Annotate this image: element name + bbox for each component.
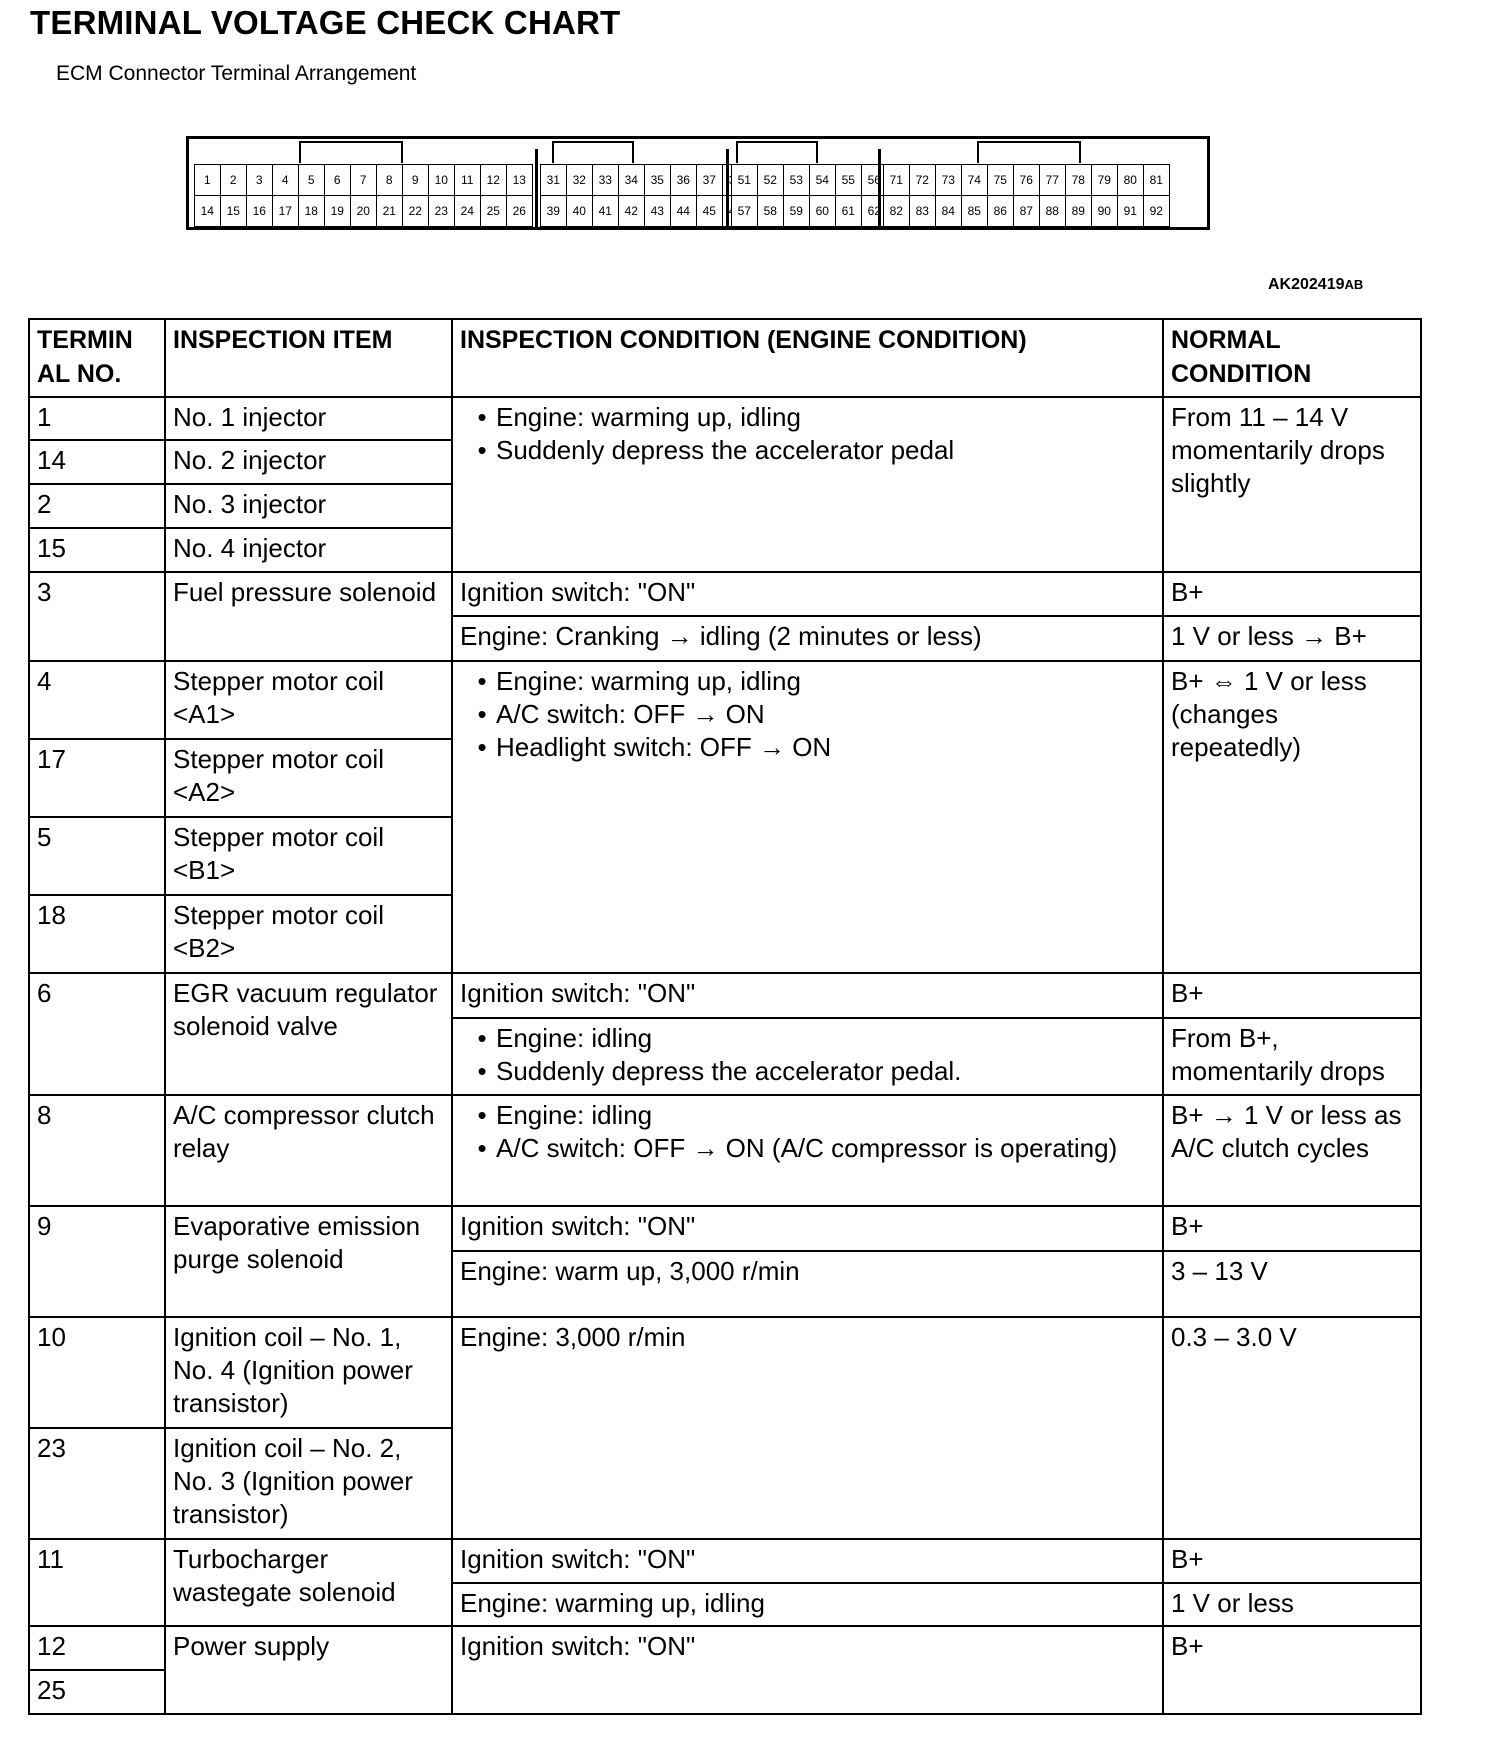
connector-pin: 26 <box>506 195 534 228</box>
connector-pin-row: 575859606162 <box>732 196 888 227</box>
col-header-terminal: TERMIN AL NO. <box>29 319 165 397</box>
normal-cell: B+ <box>1163 1626 1421 1714</box>
connector-pin-group: 515253545556575859606162 <box>732 165 888 227</box>
connector-pin: 32 <box>566 164 594 197</box>
connector-pin: 43 <box>644 195 672 228</box>
connector-key-tab <box>977 141 1081 163</box>
col-header-normal: NORMAL CONDITION <box>1163 319 1421 397</box>
connector-pin: 73 <box>935 164 963 197</box>
connector-pin: 44 <box>670 195 698 228</box>
connector-pin: 71 <box>883 164 911 197</box>
terminal-cell: 17 <box>29 739 165 817</box>
connector-pin: 88 <box>1039 195 1067 228</box>
connector-pin: 91 <box>1117 195 1145 228</box>
col-header-item: INSPECTION ITEM <box>165 319 452 397</box>
terminal-cell: 23 <box>29 1428 165 1539</box>
connector-pin: 37 <box>696 164 724 197</box>
connector-pin: 82 <box>883 195 911 228</box>
normal-cell: B+ <box>1163 973 1421 1018</box>
connector-pin: 90 <box>1091 195 1119 228</box>
connector-pin: 52 <box>757 164 785 197</box>
connector-pin: 42 <box>618 195 646 228</box>
connector-pin: 84 <box>935 195 963 228</box>
table-row: 9 Evaporative emission purge solenoid Ig… <box>29 1206 1421 1251</box>
connector-pin: 41 <box>592 195 620 228</box>
condition-cell: Engine: warming up, idling <box>452 1583 1163 1626</box>
condition-cell: Engine: warm up, 3,000 r/min <box>452 1251 1163 1317</box>
connector-pin: 10 <box>428 164 456 197</box>
figure-code: AK202419AB <box>1268 276 1363 294</box>
connector-pin-row: 3940414243444546 <box>541 196 749 227</box>
item-cell: Stepper motor coil <B1> <box>165 817 452 895</box>
condition-cell: Ignition switch: "ON" <box>452 973 1163 1018</box>
condition-cell: Ignition switch: "ON" <box>452 1539 1163 1583</box>
normal-cell: B+ <box>1163 1206 1421 1251</box>
normal-cell: 1 V or less <box>1163 1583 1421 1626</box>
connector-group-divider <box>726 149 729 229</box>
condition-cell: Engine: idling Suddenly depress the acce… <box>452 1018 1163 1095</box>
item-cell: Power supply <box>165 1626 452 1714</box>
terminal-cell: 9 <box>29 1206 165 1317</box>
connector-key-tab <box>299 141 403 163</box>
connector-pin: 79 <box>1091 164 1119 197</box>
connector-pin: 80 <box>1117 164 1145 197</box>
condition-bullet: A/C switch: OFF → ON <box>460 698 1156 731</box>
normal-cell: B+ ⇔ 1 V or less (changes repeatedly) <box>1163 661 1421 973</box>
connector-pin-row: 8283848586878889909192 <box>884 196 1170 227</box>
normal-cell: B+ → 1 V or less as A/C clutch cycles <box>1163 1095 1421 1206</box>
connector-pin-row: 7172737475767778798081 <box>884 165 1170 196</box>
normal-cell: 1 V or less → B+ <box>1163 616 1421 661</box>
connector-pin: 57 <box>731 195 759 228</box>
page-title: TERMINAL VOLTAGE CHECK CHART <box>30 4 620 42</box>
connector-pin: 59 <box>783 195 811 228</box>
terminal-cell: 11 <box>29 1539 165 1626</box>
connector-pin: 72 <box>909 164 937 197</box>
connector-pin: 81 <box>1143 164 1171 197</box>
connector-pin: 54 <box>809 164 837 197</box>
connector-pin: 4 <box>272 164 300 197</box>
connector-pin-group: 31323334353637383940414243444546 <box>541 165 749 227</box>
col-header-condition: INSPECTION CONDITION (ENGINE CONDITION) <box>452 319 1163 397</box>
connector-pin: 2 <box>220 164 248 197</box>
table-row: 11 Turbocharger wastegate solenoid Ignit… <box>29 1539 1421 1583</box>
connector-pin: 22 <box>402 195 430 228</box>
connector-pin: 87 <box>1013 195 1041 228</box>
terminal-cell: 10 <box>29 1317 165 1428</box>
connector-pin: 35 <box>644 164 672 197</box>
connector-pin-row: 12345678910111213 <box>195 165 533 196</box>
item-cell: Fuel pressure solenoid <box>165 572 452 661</box>
connector-pin: 60 <box>809 195 837 228</box>
connector-pin: 36 <box>670 164 698 197</box>
normal-cell: From B+, momentarily drops <box>1163 1018 1421 1095</box>
condition-bullet: Engine: idling <box>460 1022 1156 1055</box>
connector-pin: 21 <box>376 195 404 228</box>
condition-bullet: A/C switch: OFF → ON (A/C compressor is … <box>460 1132 1156 1165</box>
condition-bullet: Engine: warming up, idling <box>460 665 1156 698</box>
condition-bullet: Suddenly depress the accelerator pedal. <box>460 1055 1156 1088</box>
connector-pin: 39 <box>540 195 568 228</box>
item-cell: Stepper motor coil <A1> <box>165 661 452 739</box>
connector-group-divider <box>878 149 881 229</box>
connector-pin: 92 <box>1143 195 1171 228</box>
table-row: 10 Ignition coil – No. 1, No. 4 (Ignitio… <box>29 1317 1421 1428</box>
condition-bullet: Engine: warming up, idling <box>460 401 1156 434</box>
connector-pin: 8 <box>376 164 404 197</box>
item-cell: Stepper motor coil <A2> <box>165 739 452 817</box>
table-row: 1 No. 1 injector Engine: warming up, idl… <box>29 397 1421 440</box>
item-cell: No. 4 injector <box>165 528 452 572</box>
table-header-row: TERMIN AL NO. INSPECTION ITEM INSPECTION… <box>29 319 1421 397</box>
connector-pin: 17 <box>272 195 300 228</box>
terminal-cell: 15 <box>29 528 165 572</box>
connector-pin: 5 <box>298 164 326 197</box>
item-cell: A/C compressor clutch relay <box>165 1095 452 1206</box>
terminal-voltage-table: TERMIN AL NO. INSPECTION ITEM INSPECTION… <box>28 318 1422 1715</box>
connector-pin-row: 3132333435363738 <box>541 165 749 196</box>
condition-cell: Engine: warming up, idling Suddenly depr… <box>452 397 1163 572</box>
normal-cell: B+ <box>1163 1539 1421 1583</box>
connector-pin: 19 <box>324 195 352 228</box>
connector-pin: 61 <box>835 195 863 228</box>
condition-bullet: Engine: idling <box>460 1099 1156 1132</box>
terminal-cell: 3 <box>29 572 165 661</box>
connector-pin-group: 7172737475767778798081828384858687888990… <box>884 165 1170 227</box>
connector-pin: 76 <box>1013 164 1041 197</box>
connector-pin: 11 <box>454 164 482 197</box>
connector-pin: 16 <box>246 195 274 228</box>
connector-pin: 40 <box>566 195 594 228</box>
terminal-cell: 4 <box>29 661 165 739</box>
figure-code-suffix: AB <box>1345 277 1364 292</box>
terminal-cell: 5 <box>29 817 165 895</box>
connector-key-tab <box>736 141 818 163</box>
connector-pin-group: 1234567891011121314151617181920212223242… <box>195 165 533 227</box>
condition-cell: Ignition switch: "ON" <box>452 572 1163 616</box>
table-row: 6 EGR vacuum regulator solenoid valve Ig… <box>29 973 1421 1018</box>
terminal-cell: 6 <box>29 973 165 1095</box>
ecm-connector-diagram: 1234567891011121314151617181920212223242… <box>186 136 1210 230</box>
normal-cell: From 11 – 14 V momentarily drops slightl… <box>1163 397 1421 572</box>
connector-caption: ECM Connector Terminal Arrangement <box>56 62 416 86</box>
connector-pin-row: 515253545556 <box>732 165 888 196</box>
item-cell: No. 1 injector <box>165 397 452 440</box>
terminal-cell: 12 <box>29 1626 165 1670</box>
connector-pin: 7 <box>350 164 378 197</box>
connector-pin-row: 14151617181920212223242526 <box>195 196 533 227</box>
normal-cell: B+ <box>1163 572 1421 616</box>
connector-group-divider <box>535 149 538 229</box>
connector-pin: 51 <box>731 164 759 197</box>
item-cell: EGR vacuum regulator solenoid valve <box>165 973 452 1095</box>
condition-cell: Engine: warming up, idling A/C switch: O… <box>452 661 1163 973</box>
connector-pin: 1 <box>194 164 222 197</box>
terminal-cell: 25 <box>29 1670 165 1714</box>
condition-cell: Ignition switch: "ON" <box>452 1626 1163 1714</box>
terminal-cell: 14 <box>29 440 165 484</box>
item-cell: Ignition coil – No. 2, No. 3 (Ignition p… <box>165 1428 452 1539</box>
item-cell: Turbocharger wastegate solenoid <box>165 1539 452 1626</box>
connector-pin: 31 <box>540 164 568 197</box>
connector-pin: 55 <box>835 164 863 197</box>
condition-cell: Engine: idling A/C switch: OFF → ON (A/C… <box>452 1095 1163 1206</box>
connector-pin: 34 <box>618 164 646 197</box>
condition-cell: Ignition switch: "ON" <box>452 1206 1163 1251</box>
connector-pin: 86 <box>987 195 1015 228</box>
item-cell: No. 2 injector <box>165 440 452 484</box>
connector-pin: 24 <box>454 195 482 228</box>
connector-pin: 6 <box>324 164 352 197</box>
connector-pin: 15 <box>220 195 248 228</box>
connector-pin: 89 <box>1065 195 1093 228</box>
connector-pin: 14 <box>194 195 222 228</box>
item-cell: No. 3 injector <box>165 484 452 528</box>
connector-pin: 23 <box>428 195 456 228</box>
connector-pin: 25 <box>480 195 508 228</box>
condition-bullet: Headlight switch: OFF → ON <box>460 731 1156 764</box>
normal-cell: 3 – 13 V <box>1163 1251 1421 1317</box>
connector-pin: 13 <box>506 164 534 197</box>
item-cell: Stepper motor coil <B2> <box>165 895 452 973</box>
item-cell: Ignition coil – No. 1, No. 4 (Ignition p… <box>165 1317 452 1428</box>
table-row: 8 A/C compressor clutch relay Engine: id… <box>29 1095 1421 1206</box>
terminal-cell: 8 <box>29 1095 165 1206</box>
connector-pin: 20 <box>350 195 378 228</box>
connector-pin: 83 <box>909 195 937 228</box>
terminal-cell: 18 <box>29 895 165 973</box>
connector-pin: 45 <box>696 195 724 228</box>
connector-pin: 53 <box>783 164 811 197</box>
connector-pin: 3 <box>246 164 274 197</box>
condition-bullet: Suddenly depress the accelerator pedal <box>460 434 1156 467</box>
table-row: 3 Fuel pressure solenoid Ignition switch… <box>29 572 1421 616</box>
connector-pin: 77 <box>1039 164 1067 197</box>
terminal-cell: 2 <box>29 484 165 528</box>
connector-pin: 75 <box>987 164 1015 197</box>
condition-cell: Engine: 3,000 r/min <box>452 1317 1163 1539</box>
table-row: 12 Power supply Ignition switch: "ON" B+ <box>29 1626 1421 1670</box>
connector-pin: 74 <box>961 164 989 197</box>
connector-pin: 9 <box>402 164 430 197</box>
connector-pin: 12 <box>480 164 508 197</box>
table-row: 4 Stepper motor coil <A1> Engine: warmin… <box>29 661 1421 739</box>
connector-pin: 33 <box>592 164 620 197</box>
connector-pin: 85 <box>961 195 989 228</box>
figure-code-main: AK202419 <box>1268 276 1345 293</box>
terminal-cell: 1 <box>29 397 165 440</box>
connector-pin: 58 <box>757 195 785 228</box>
connector-key-tab <box>552 141 634 163</box>
connector-pin: 18 <box>298 195 326 228</box>
normal-cell: 0.3 – 3.0 V <box>1163 1317 1421 1539</box>
item-cell: Evaporative emission purge solenoid <box>165 1206 452 1317</box>
connector-pin: 78 <box>1065 164 1093 197</box>
condition-cell: Engine: Cranking → idling (2 minutes or … <box>452 616 1163 661</box>
